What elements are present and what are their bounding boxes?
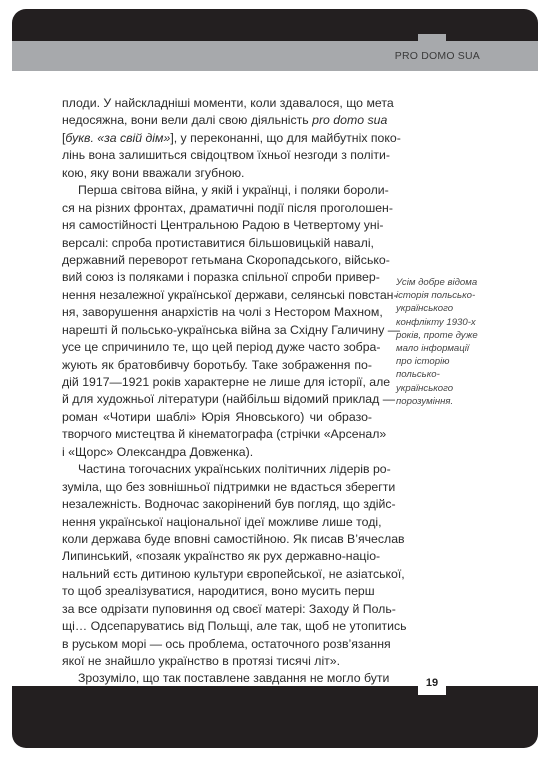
margin-note-line: українського [396,382,491,395]
text-line: нення української національної ідеї можл… [62,514,372,531]
margin-note-line: років, проте дуже [396,329,491,342]
text-line: ся на різних фронтах, драматичні події п… [62,200,372,217]
text-fragment: недосяжна, вони вели далі свою діяльніст… [62,113,312,127]
margin-note-line: історія польсько- [396,289,491,302]
margin-note-line: порозуміння. [396,395,491,408]
text-line: нарешті й польсько-українська війна за С… [62,322,372,339]
text-line: то щоб зреалізуватися, народитися, воно … [62,583,372,600]
margin-note-line: мало інформації [396,342,491,355]
text-line: й для художньої літератури (найбільш від… [62,391,372,408]
header-tab-notch [418,34,446,42]
text-line: ня самостійності Центральною Радою в Чет… [62,217,372,234]
text-line: Перша світова війна, у якій і українці, … [62,182,372,199]
text-line: нення незалежної української держави, се… [62,287,372,304]
margin-note: Усім добре відомаісторія польсько-україн… [396,276,491,408]
text-line: дій 1917—1921 років характерне не лише д… [62,374,372,391]
margin-note-line: про історію [396,355,491,368]
text-line: незалежність. Водночас закорінений був п… [62,496,372,513]
text-line: творчого мистецтва й кінематографа (стрі… [62,426,372,443]
main-text-column: плоди. У найскладніші моменти, коли здав… [62,95,372,723]
text-line: роман «Чотири шаблі» Юрія Яновського) чи… [62,409,372,426]
text-line: зуміла, що без зовнішньої підтримки не в… [62,479,372,496]
text-line: і «Щорс» Олександра Довженка). [62,444,372,461]
text-fragment: pro domo sua [312,113,387,127]
text-line: жують як братовбивчу боротьбу. Таке зобр… [62,357,372,374]
text-line: якої не знайшло українство в протязі тис… [62,653,372,670]
running-title: PRO DOMO SUA [395,50,480,62]
text-line: нальний єсть дитиною культури європейськ… [62,566,372,583]
text-line: лінь вона залишиться свідоцтвом їхньої н… [62,147,372,164]
text-line: плоди. У найскладніші моменти, коли здав… [62,95,372,112]
text-line: щі… Одсепаруватись від Польщі, але так, … [62,618,372,635]
text-line: кою, яку вони вважали згубною. [62,165,372,182]
text-line: за все одрізати пуповиння од своєї матер… [62,601,372,618]
text-line: версалі: спроба протиставитися більшовиц… [62,235,372,252]
margin-note-line: українського [396,302,491,315]
header-band-dark [12,9,538,41]
text-fragment: ], у переконанні, що для майбутніх поко- [170,131,401,145]
text-line: недосяжна, вони вели далі свою діяльніст… [62,112,372,129]
text-line: ня, заворушення анархістів на чолі з Нес… [62,304,372,321]
text-fragment: букв. «за свій дім» [65,131,170,145]
text-line: Липинський, «позаяк українство як рух де… [62,548,372,565]
page-number: 19 [418,677,446,689]
text-line: вий союз із поляками і поразка спільної … [62,269,372,286]
text-line: державний переворот гетьмана Скоропадськ… [62,252,372,269]
margin-note-line: Усім добре відома [396,276,491,289]
footer-band-dark [12,686,538,748]
text-line: в руськом морі — ось проблема, остаточно… [62,636,372,653]
text-line: Частина тогочасних українських політични… [62,461,372,478]
text-line: усе це спричинило те, що цей період дуже… [62,339,372,356]
margin-note-line: польсько- [396,368,491,381]
text-line: коли держава буде вповні самостійною. Як… [62,531,372,548]
text-line: [букв. «за свій дім»], у переконанні, що… [62,130,372,147]
margin-note-line: конфлікту 1930-х [396,316,491,329]
